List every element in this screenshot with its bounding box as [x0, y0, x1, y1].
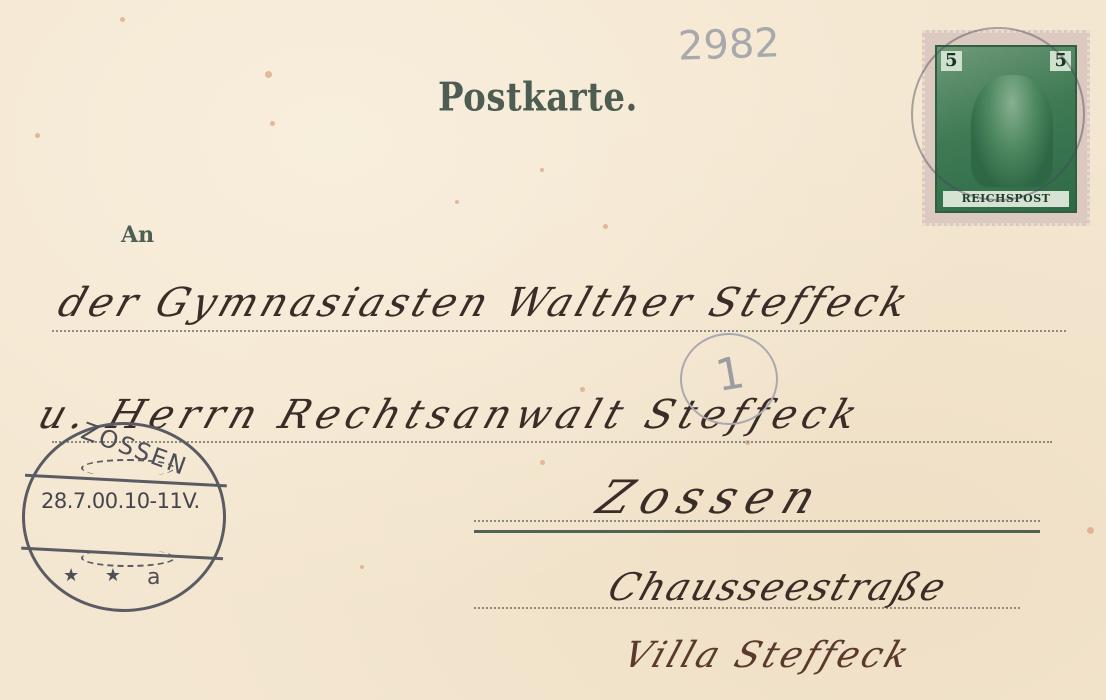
star-icon: ★ ★ [63, 565, 131, 586]
postcard-title: Postkarte. [438, 75, 638, 121]
postmark-date: 28.7.00.10-11V. [41, 489, 200, 513]
address-line-3-underline [474, 530, 1040, 533]
circled-number: 1 [712, 347, 748, 402]
address-line-4: Chausseestraße [603, 565, 953, 609]
foxing-spot [360, 565, 364, 569]
foxing-spot [540, 460, 545, 465]
address-line-3: Zossen [590, 470, 833, 524]
foxing-spot [265, 71, 272, 78]
postmark-arc-top [81, 459, 175, 477]
foxing-spot [603, 224, 608, 229]
address-line-2-rule [52, 441, 1052, 443]
address-line-1-rule [52, 330, 1066, 332]
address-line-1: der Gymnasiasten Walther Steffeck [53, 280, 918, 326]
postcard: 2982 Postkarte. 5 5 REICHSPOST An der Gy… [0, 0, 1106, 700]
foxing-spot [1087, 527, 1094, 534]
addressee-prefix: An [121, 222, 154, 248]
pencil-circled-number: 1 [680, 333, 778, 425]
foxing-spot [120, 17, 125, 22]
foxing-spot [270, 121, 275, 126]
postmark-date-band [21, 474, 227, 560]
postmark: ZOSSEN 28.7.00.10-11V. ★ ★ a [22, 422, 226, 612]
postmark-letter: a [147, 565, 160, 590]
archive-number: 2982 [677, 20, 780, 70]
foxing-spot [35, 133, 40, 138]
foxing-spot [540, 168, 544, 172]
postage-stamp: 5 5 REICHSPOST [922, 30, 1090, 226]
foxing-spot [455, 200, 459, 204]
address-line-5: Villa Steffeck [618, 635, 917, 676]
stamp-cancellation-mark [911, 27, 1085, 201]
